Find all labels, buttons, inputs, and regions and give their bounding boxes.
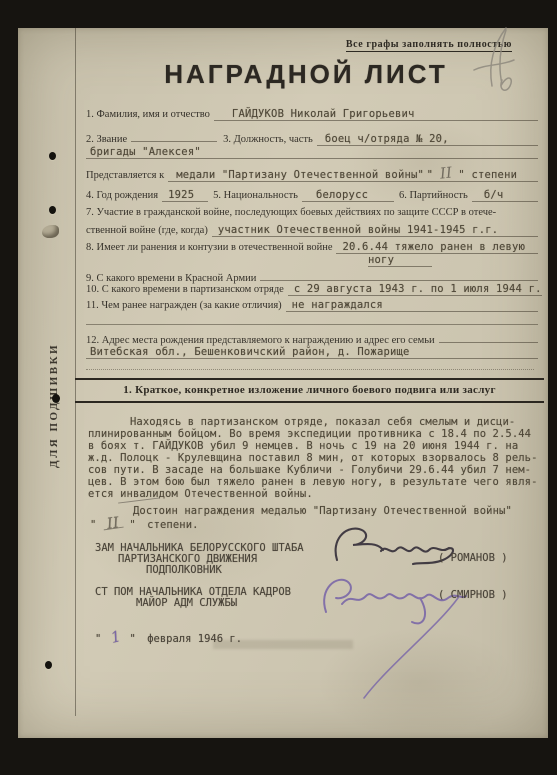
field-redarmy-value	[260, 268, 538, 281]
quote-mark: "	[95, 633, 101, 645]
feat-body-line: в боях т. ГАЙДУКОВ убил 9 немцев. В ночь…	[88, 440, 540, 452]
field-wounds-label: 8. Имеет ли ранения и контузии в отечест…	[86, 242, 336, 253]
field-birth-nationality-party-row: 4. Год рождения 1925 5. Национальность б…	[86, 189, 538, 202]
field-party-value: б/ч	[472, 189, 504, 201]
field-address-label: 12. Адрес места рождения представляемого…	[86, 335, 439, 346]
field-partisan-row: 10. С какого времени в партизанском отря…	[86, 283, 538, 296]
document-paper: Все графы заполнять полностью НАГРАДНОЙ …	[18, 28, 548, 738]
handwritten-day: 1	[106, 626, 125, 647]
section-divider-bottom	[75, 401, 544, 403]
quote-mark: "	[130, 633, 136, 645]
field-partisan-value: с 29 августа 1943 г. по 1 июля 1944 г.	[288, 283, 542, 295]
conclusion-degree-line: " II " степени.	[90, 518, 540, 531]
signer2-position-line2: МАЙОР АДМ СЛУЖБЫ	[136, 597, 237, 609]
field-address-row: 12. Адрес места рождения представляемого…	[86, 330, 538, 346]
signer1-position-line3: ПОДПОЛКОВНИК	[146, 564, 222, 576]
field-rank-label: 2. Звание	[86, 134, 131, 145]
field-name-label: 1. Фамилия, имя и отчество	[86, 109, 214, 120]
feat-body-line: сов пути. В засаде на большаке Кубличи -…	[88, 464, 540, 476]
field-wounds-row2: ногу	[368, 254, 432, 267]
field-partisan-label: 10. С какого времени в партизанском отря…	[86, 284, 288, 295]
margin-rule	[75, 28, 76, 716]
section-divider-top	[75, 378, 544, 380]
field-presented-label: Представляется к	[86, 170, 168, 181]
quote-mark: "	[90, 519, 96, 531]
paper-tear	[42, 225, 59, 238]
quote-mark: "	[427, 169, 434, 181]
binding-margin-label: ДЛЯ ПОДШИВКИ	[48, 303, 64, 468]
quote-mark: "	[129, 519, 135, 531]
field-redarmy-row: 9. С какого времени в Красной Армии	[86, 268, 538, 284]
feat-body-line: цев. В этом бою был тяжело ранен в левую…	[88, 476, 540, 488]
conclusion-rest: степени.	[142, 519, 198, 531]
feat-body-line: Находясь в партизанском отряде, показал …	[88, 416, 540, 428]
field-awards-label: 11. Чем ранее награжден (за какие отличи…	[86, 300, 286, 311]
pencil-degree-numeral: II	[435, 167, 456, 179]
field-awards-row: 11. Чем ранее награжден (за какие отличи…	[86, 299, 538, 312]
field-presented-row: Представляется к медали "Партизану Отече…	[86, 168, 538, 182]
field-nationality-label: 5. Национальность	[208, 190, 302, 201]
pencil-degree-numeral: II	[102, 517, 123, 531]
field-position-value2: бригады "Алексея"	[86, 146, 201, 158]
field-presented-degree-word: степени	[467, 169, 517, 181]
feat-body-line: плинированным бойцом. Во время экспедици…	[88, 428, 540, 440]
field-warservice-label1: 7. Участие в гражданской войне, последую…	[86, 207, 538, 218]
field-wounds-value1: 20.6.44 тяжело ранен в левую	[336, 241, 525, 253]
field-position-value: боец ч/отряда № 20,	[317, 133, 449, 145]
signature-flourish	[358, 594, 463, 702]
field-warservice-value: участник Отечественной войны 1941-1945 г…	[212, 224, 498, 236]
punch-hole	[45, 661, 52, 669]
page-title: НАГРАДНОЙ ЛИСТ	[78, 59, 534, 90]
field-address-row2: Витебская обл., Бешенковичский район, д.…	[86, 346, 538, 359]
field-name-value: ГАЙДУКОВ Николай Григорьевич	[214, 108, 415, 120]
field-presented-value: медали "Партизану Отечественной войны"	[168, 169, 424, 181]
field-warservice-label2: ственной войне (где, когда)	[86, 225, 212, 236]
faint-stamp-mark	[213, 640, 353, 649]
conclusion-line: Достоин награждения медалью "Партизану О…	[133, 505, 540, 517]
field-rank-value	[131, 129, 217, 142]
field-nationality-value: белорусс	[302, 189, 368, 201]
field-wounds-value2: ногу	[368, 254, 394, 266]
field-rank-position-row: 2. Звание 3. Должность, часть боец ч/отр…	[86, 129, 538, 146]
punch-hole	[49, 152, 56, 160]
punch-hole	[49, 206, 56, 214]
feat-body-line: ж.д. Полоцк - Крулевщина поставил 8 мин,…	[88, 452, 540, 464]
field-position-row2: бригады "Алексея"	[86, 146, 538, 159]
field-birthyear-label: 4. Год рождения	[86, 190, 162, 201]
feat-section-heading: 1. Краткое, конкретное изложение личного…	[75, 384, 544, 396]
field-birthyear-value: 1925	[162, 189, 194, 201]
field-party-label: 6. Партийность	[394, 190, 472, 201]
scan-background: Все графы заполнять полностью НАГРАДНОЙ …	[0, 0, 557, 775]
field-address-trailing-line	[439, 330, 538, 343]
field-awards-value: не награждался	[286, 299, 383, 311]
quote-mark: "	[458, 169, 465, 181]
field-address-value: Витебская обл., Бешенковичский район, д.…	[86, 346, 410, 358]
blank-dotted-line	[86, 369, 534, 370]
signer1-name: ( РОМАНОВ )	[438, 552, 508, 564]
field-name-row: 1. Фамилия, имя и отчество ГАЙДУКОВ Нико…	[86, 108, 538, 121]
blank-line	[86, 324, 538, 325]
field-wounds-row: 8. Имеет ли ранения и контузии в отечест…	[86, 241, 538, 254]
field-position-label: 3. Должность, часть	[217, 134, 317, 145]
punch-hole	[52, 394, 60, 403]
field-warservice-row2: ственной войне (где, когда) участник Оте…	[86, 224, 538, 237]
